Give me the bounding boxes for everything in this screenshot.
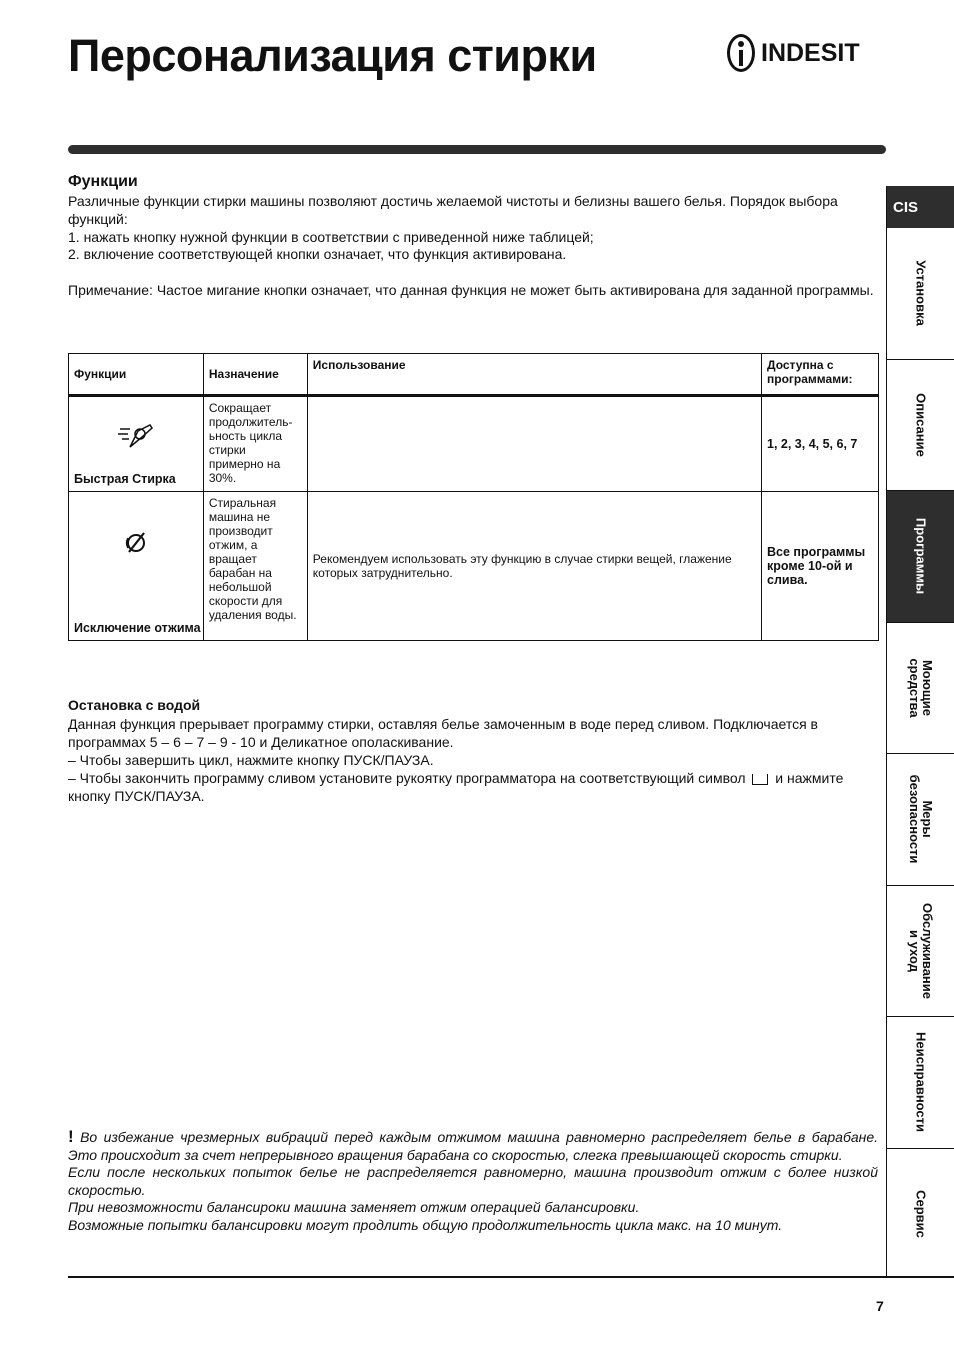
warning-line: Если после нескольких попыток белье не р…	[68, 1164, 878, 1198]
function-cell: Быстрая Стирка	[69, 396, 204, 492]
warning-line: При невозможности балансироки машина зам…	[68, 1199, 639, 1215]
water-stop-drain: – Чтобы закончить программу сливом устан…	[68, 769, 878, 805]
purpose-cell: Сокращает продолжитель-ьность цикла стир…	[203, 396, 307, 492]
page-title: Персонализация стирки	[68, 28, 597, 84]
function-name: Исключение отжима	[74, 621, 201, 635]
table-row: Быстрая Стирка Сокращает продолжитель-ьн…	[69, 396, 879, 492]
tab-detergents[interactable]: Моющие средства	[887, 623, 954, 755]
brand-name: INDESIT	[761, 39, 860, 68]
functions-step-1: 1. нажать кнопку нужной функции в соотве…	[68, 228, 878, 246]
region-label: CIS	[887, 186, 954, 228]
column-header-functions: Функции	[69, 354, 204, 396]
section-heading-functions: Функции	[68, 173, 138, 191]
functions-intro: Различные функции стирки машины позволяю…	[68, 192, 878, 228]
water-stop-text: Данная функция прерывает программу стирк…	[68, 715, 878, 751]
page-number: 7	[876, 1298, 884, 1314]
tab-service[interactable]: Сервис	[887, 1149, 954, 1281]
column-header-purpose: Назначение	[203, 354, 307, 396]
tab-safety[interactable]: Меры безопасности	[887, 754, 954, 886]
table-header-row: Функции Назначение Использование Доступн…	[69, 354, 879, 396]
footer-divider	[68, 1276, 954, 1278]
table-row: Исключение отжима Стиральная машина не п…	[69, 492, 879, 641]
quick-wash-icon	[69, 421, 203, 455]
usage-cell: Рекомендуем использовать эту функцию в с…	[307, 492, 761, 641]
tab-description[interactable]: Описание	[887, 360, 954, 492]
warning-icon: !	[68, 1127, 74, 1146]
no-spin-icon	[69, 530, 203, 562]
column-header-programs: Доступна с программами:	[762, 354, 879, 396]
functions-step-2: 2. включение соответствующей кнопки озна…	[68, 245, 878, 263]
tab-installation[interactable]: Установка	[887, 228, 954, 360]
tab-troubleshooting[interactable]: Неисправности	[887, 1017, 954, 1149]
header-divider	[68, 145, 886, 154]
indesit-logo-icon	[727, 34, 755, 72]
warning-line: Во избежание чрезмерных вибраций перед к…	[68, 1129, 878, 1163]
section-tabs: CIS Установка Описание Программы Моющие …	[886, 186, 954, 1277]
functions-note: Примечание: Частое мигание кнопки означа…	[68, 281, 878, 299]
tab-maintenance[interactable]: Обслуживание и уход	[887, 886, 954, 1018]
drain-instruction-start: – Чтобы закончить программу сливом устан…	[68, 770, 746, 786]
balance-warning: ! Во избежание чрезмерных вибраций перед…	[68, 1128, 878, 1234]
programs-cell: 1, 2, 3, 4, 5, 6, 7	[762, 396, 879, 492]
tab-programs[interactable]: Программы	[887, 491, 954, 623]
purpose-cell: Стиральная машина не производит отжим, а…	[203, 492, 307, 641]
water-stop-finish: – Чтобы завершить цикл, нажмите кнопку П…	[68, 751, 878, 769]
function-name: Быстрая Стирка	[74, 472, 176, 486]
warning-line: Возможные попытки балансировки могут про…	[68, 1217, 782, 1233]
function-cell: Исключение отжима	[69, 492, 204, 641]
programs-cell: Все программы кроме 10-ой и слива.	[762, 492, 879, 641]
usage-cell	[307, 396, 761, 492]
functions-table: Функции Назначение Использование Доступн…	[68, 353, 879, 641]
column-header-usage: Использование	[307, 354, 761, 396]
section-heading-water-stop: Остановка с водой	[68, 697, 200, 713]
brand-logo: INDESIT	[727, 32, 860, 74]
drain-icon	[752, 774, 768, 785]
